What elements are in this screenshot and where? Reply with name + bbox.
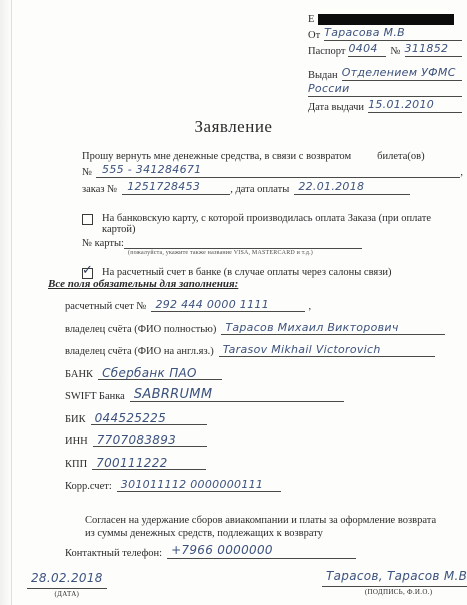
card-option-label: На банковскую карту, с которой производи…	[102, 213, 463, 235]
applicant-header: Е От Тарасова М.В Паспорт 0404 № 311852 …	[308, 12, 462, 115]
to-line: Е	[308, 12, 462, 25]
field-value: SABRRUMM	[134, 387, 212, 402]
field-label: ИНН	[65, 436, 88, 447]
field-row-kpp: КПП 700111222	[65, 455, 462, 470]
date-value: 28.02.2018	[31, 571, 103, 585]
field-label: КПП	[65, 459, 87, 470]
passport-series: 0404	[348, 42, 377, 55]
issued-line: Выдан Отделением УФМС	[308, 67, 462, 81]
field-label: владелец счёта (ФИО полностью)	[65, 324, 216, 335]
date-caption: (ДАТА)	[27, 590, 107, 598]
card-number-field	[124, 248, 362, 249]
date-block: 28.02.2018 (ДАТА)	[27, 569, 107, 598]
signature-field: Тарасов, Тарасов М.В.	[322, 567, 467, 587]
issue-date-label: Дата выдачи	[308, 102, 364, 113]
field-value: 292 444 0000 1111	[155, 298, 269, 311]
ticket-number-field: 555 - 341284671	[96, 164, 460, 178]
contact-phone-field: +7966 0000000	[167, 544, 356, 559]
field-label: владелец счёта (ФИО на англ.яз.)	[65, 346, 214, 357]
to-label: Е	[308, 14, 314, 25]
card-number-label: № карты:	[82, 238, 124, 249]
order-line: заказ № 1251728453 , дата оплаты 22.01.2…	[82, 181, 463, 195]
scan-edge-shade	[0, 0, 11, 605]
field-value: 044525225	[95, 411, 166, 425]
account-option-label: На расчетный счет в банке (в случае опла…	[102, 267, 392, 278]
field-value-line: SABRRUMM	[130, 388, 344, 402]
request-intro-line: Прошу вернуть мне денежные средства, в с…	[82, 151, 463, 162]
paid-date-field: 22.01.2018	[294, 181, 410, 195]
issue-date-field: 15.01.2010	[368, 99, 462, 113]
request-intro: Прошу вернуть мне денежные средства, в с…	[82, 151, 351, 162]
field-value: Tarasov Mikhail Victorovich	[223, 343, 381, 356]
ticket-line-comma: ,	[460, 167, 463, 178]
issued-value-2: России	[308, 82, 350, 95]
order-number: 1251728453	[127, 180, 200, 193]
from-line: От Тарасова М.В	[308, 27, 462, 41]
field-value-line: 700111222	[92, 457, 206, 470]
issued-field-2: России	[308, 83, 462, 97]
card-number-line: № карты:	[82, 238, 463, 249]
field-row-swift: SWIFT Банка SABRRUMM	[65, 387, 462, 402]
ticket-number-line: № 555 - 341284671 ,	[82, 164, 463, 178]
field-value: 700111222	[96, 456, 167, 470]
bank-details-form: расчетный счет № 292 444 0000 1111 , вла…	[65, 297, 462, 500]
passport-number-field: 311852	[405, 43, 462, 57]
field-label: БИК	[65, 414, 86, 425]
contact-phone-line: Контактный телефон: +7966 0000000	[65, 544, 356, 559]
issued-label: Выдан	[308, 70, 338, 81]
field-value-line: Сбербанк ПАО	[98, 367, 222, 380]
passport-number: 311852	[405, 42, 449, 55]
issued-value-1: Отделением УФМС	[342, 66, 456, 79]
field-value: 301011112 0000000111	[121, 478, 263, 491]
card-hint-caption: (пожалуйста, укажите также название VISA…	[128, 250, 463, 256]
issued-field-1: Отделением УФМС	[342, 67, 462, 81]
paid-date: 22.01.2018	[298, 180, 364, 193]
field-row-owner-ru: владелец счёта (ФИО полностью) Тарасов М…	[65, 320, 462, 335]
consent-paragraph: Согласен на удержание сборов авиакомпани…	[85, 514, 440, 540]
card-option-row: На банковскую карту, с которой производи…	[82, 213, 463, 235]
ticket-number: 555 - 341284671	[102, 163, 201, 176]
refund-options: На банковскую карту, с которой производи…	[82, 213, 463, 278]
field-label: расчетный счет №	[65, 301, 146, 312]
passport-series-field: 0404	[348, 43, 386, 57]
field-row-owner-en: владелец счёта (ФИО на англ.яз.) Tarasov…	[65, 342, 462, 357]
field-value-line: 301011112 0000000111	[117, 478, 281, 492]
passport-line: Паспорт 0404 № 311852	[308, 43, 462, 57]
redaction-bar	[318, 14, 454, 25]
document-title: Заявление	[0, 117, 467, 137]
from-value: Тарасова М.В	[324, 26, 405, 39]
issued-line-2: России	[308, 83, 462, 97]
field-row-corr-account: Корр.счет: 301011112 0000000111	[65, 477, 462, 492]
field-value: 7707083893	[97, 433, 176, 447]
check-icon: ✓	[82, 262, 93, 278]
field-label: Корр.счет:	[65, 481, 112, 492]
signature-block: Тарасов, Тарасов М.В. (ПОДПИСЬ, Ф.И.О.)	[322, 567, 467, 596]
field-row-bik: БИК 044525225	[65, 410, 462, 425]
intro-spacer	[351, 151, 377, 162]
field-row-inn: ИНН 7707083893	[65, 432, 462, 447]
field-row-account-number: расчетный счет № 292 444 0000 1111 ,	[65, 297, 462, 312]
issue-date-line: Дата выдачи 15.01.2010	[308, 99, 462, 113]
from-label: От	[308, 30, 320, 41]
field-label: SWIFT Банка	[65, 391, 125, 402]
field-value-line: 292 444 0000 1111	[151, 298, 305, 312]
field-value-line: Тарасов Михаил Викторович	[221, 321, 445, 335]
paid-label: , дата оплаты	[230, 184, 289, 195]
passport-label: Паспорт	[308, 46, 345, 57]
required-fields-note: Все поля обязательны для заполнения:	[48, 278, 238, 290]
signature-value: Тарасов, Тарасов М.В.	[326, 569, 467, 583]
issue-date-value: 15.01.2010	[368, 98, 434, 111]
field-label: БАНК	[65, 369, 93, 380]
account-option-row: ✓ На расчетный счет в банке (в случае оп…	[82, 267, 463, 278]
order-number-field: 1251728453	[122, 181, 230, 195]
passport-no-sign: №	[390, 46, 400, 57]
scan-edge-line	[11, 0, 12, 605]
scanned-refund-application: Е От Тарасова М.В Паспорт 0404 № 311852 …	[0, 0, 467, 605]
contact-phone-value: +7966 0000000	[171, 543, 273, 557]
request-intro-tail: билета(ов)	[377, 151, 424, 162]
from-field: Тарасова М.В	[324, 27, 462, 41]
card-option-checkbox-unchecked	[82, 214, 93, 225]
field-value-line: 044525225	[91, 412, 207, 425]
field-value-line: Tarasov Mikhail Victorovich	[219, 343, 435, 357]
contact-phone-label: Контактный телефон:	[65, 548, 162, 559]
signature-caption: (ПОДПИСЬ, Ф.И.О.)	[322, 588, 467, 596]
field-value-line: 7707083893	[93, 434, 207, 447]
field-value: Тарасов Михаил Викторович	[225, 321, 398, 334]
order-label: заказ №	[82, 184, 117, 195]
ticket-no-sign: №	[82, 167, 92, 178]
date-field: 28.02.2018	[27, 569, 107, 589]
field-value: Сбербанк ПАО	[102, 366, 197, 380]
field-row-bank: БАНК Сбербанк ПАО	[65, 365, 462, 380]
request-paragraph: Прошу вернуть мне денежные средства, в с…	[82, 151, 463, 195]
field-suffix: ,	[308, 301, 311, 312]
